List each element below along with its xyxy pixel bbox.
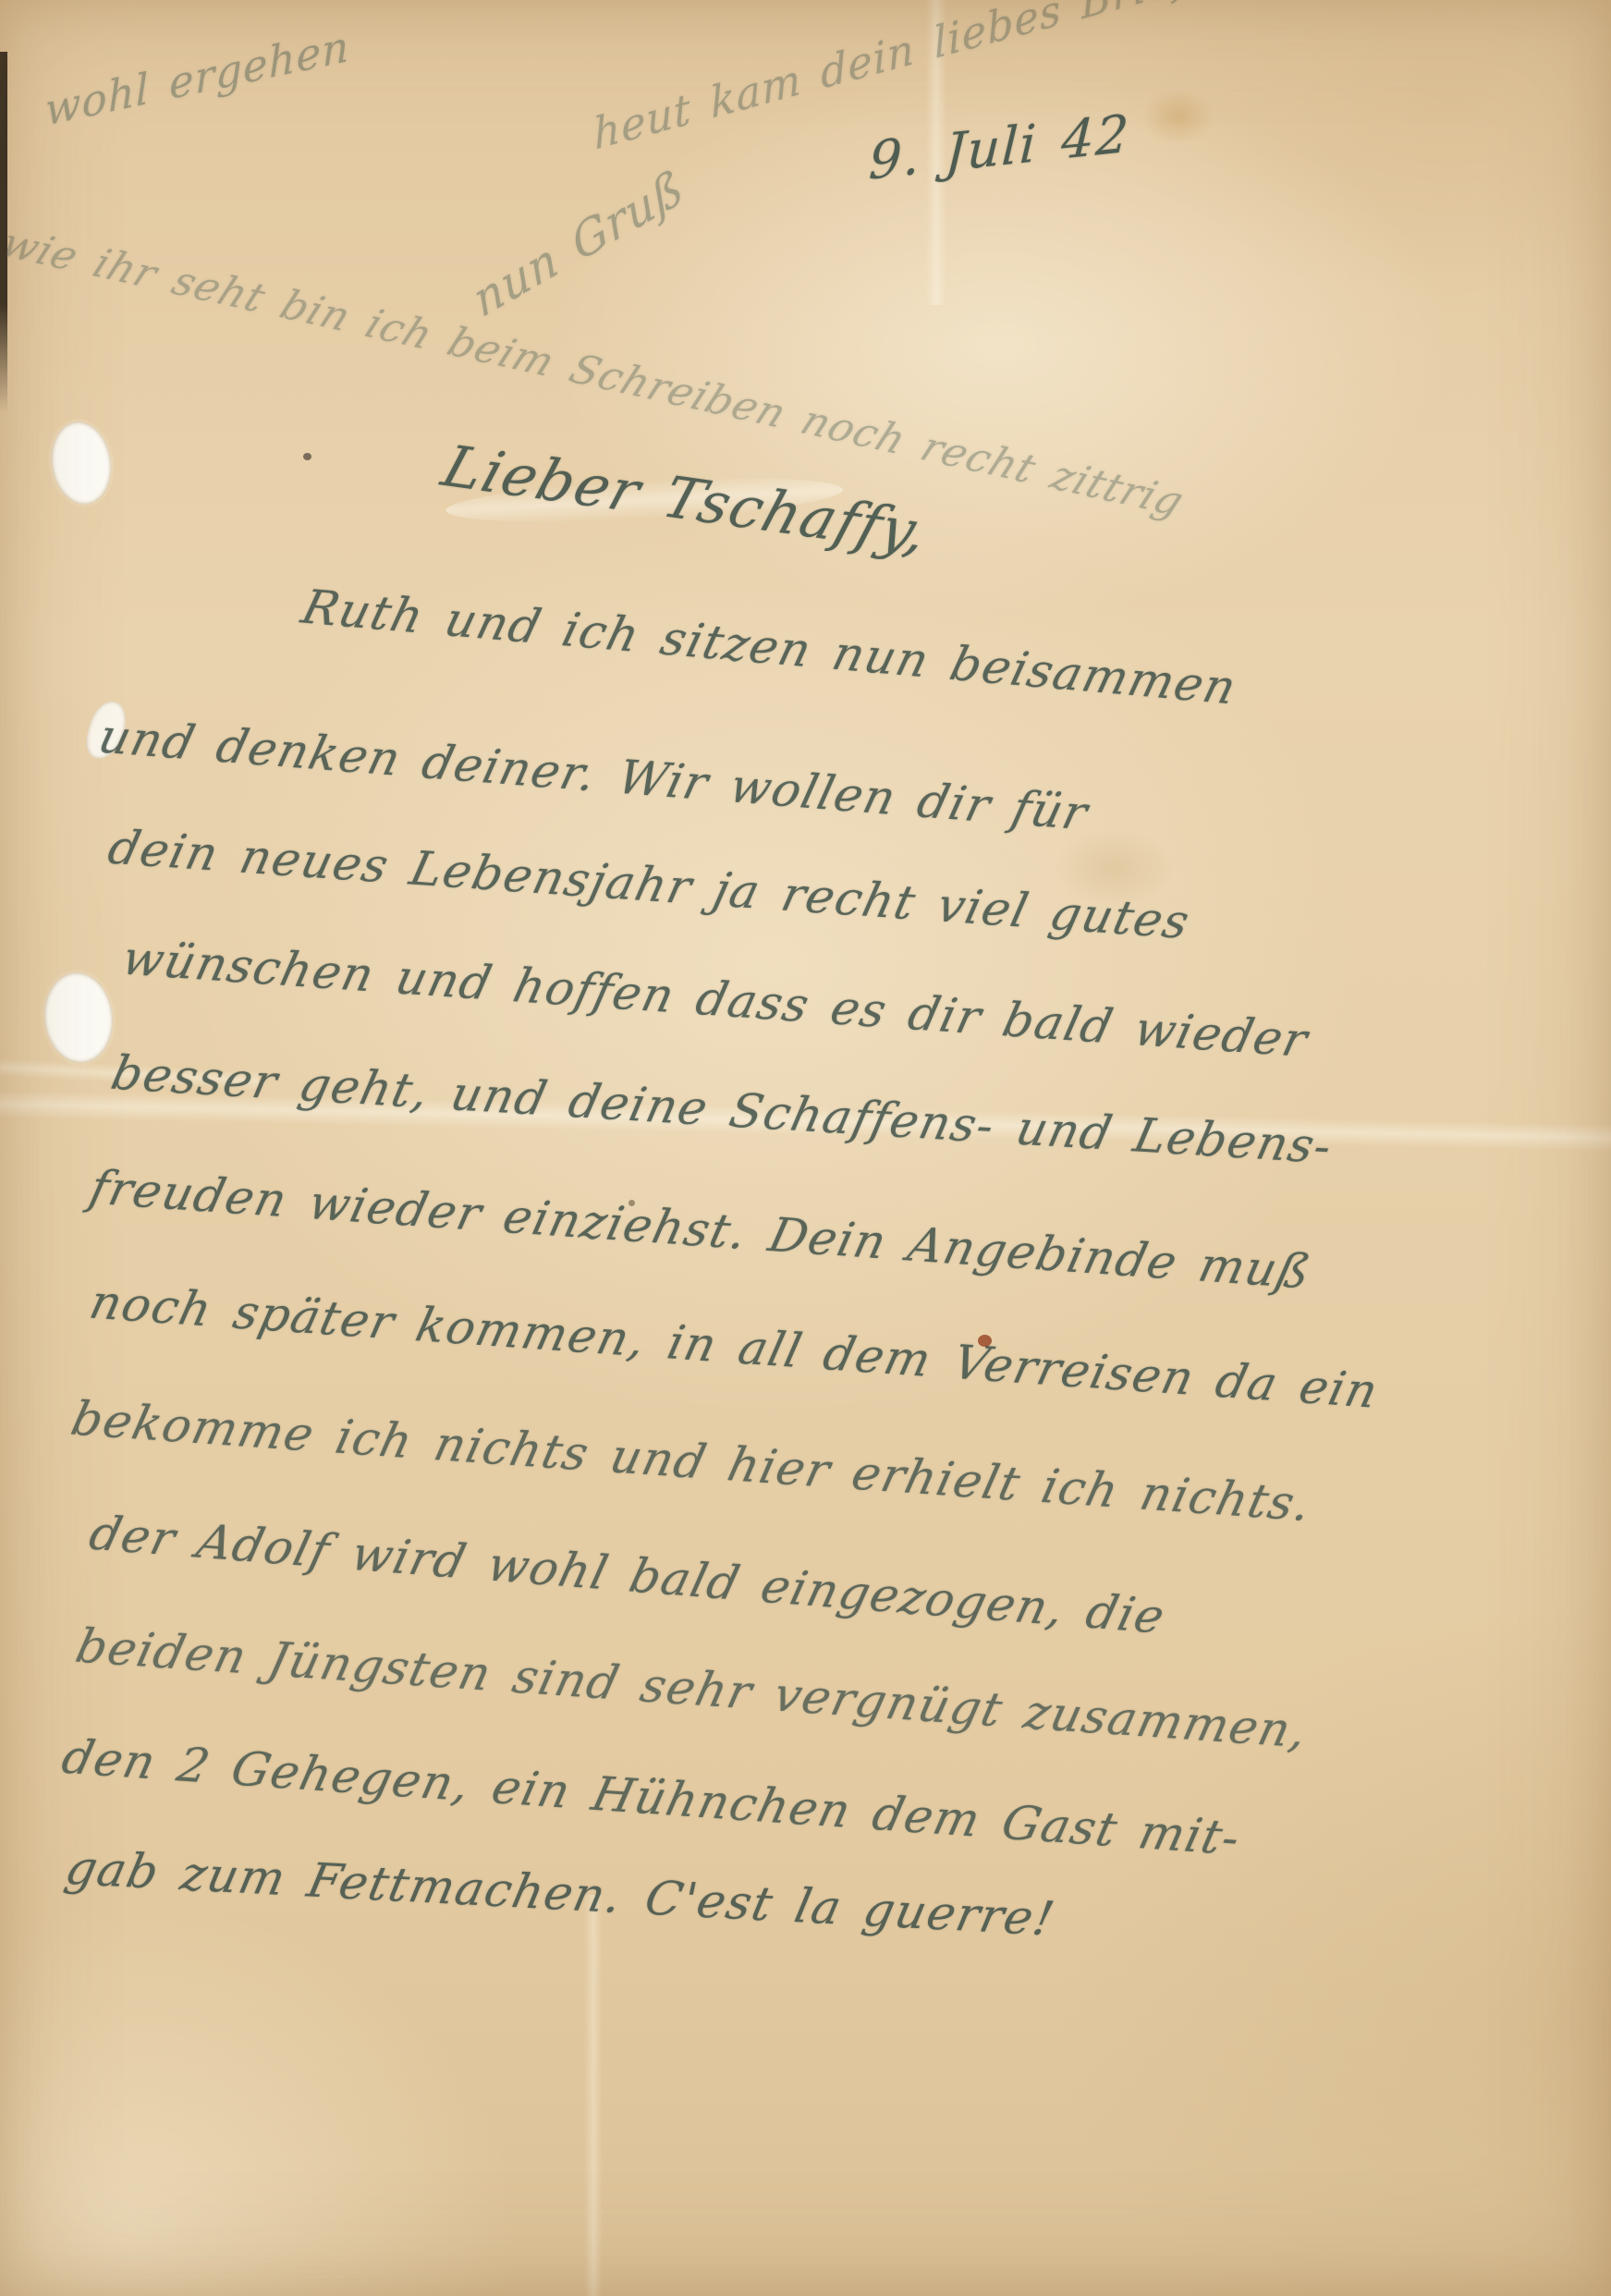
body-line: der Adolf wird wohl bald eingezogen, die [84, 1507, 1170, 1645]
marginal-note-top-left: wohl ergehen [44, 20, 350, 136]
body-line: noch später kommen, in all dem Verreisen… [85, 1276, 1385, 1420]
punch-hole-top [45, 418, 116, 509]
body-line: bekomme ich nichts und hier erhielt ich … [67, 1392, 1317, 1533]
stain [1142, 89, 1214, 144]
body-line: und denken deiner. Wir wollen dir für [93, 710, 1093, 841]
letter-page: wohl ergehen heut kam dein liebes Briefl… [0, 0, 1611, 2296]
scan-edge [0, 52, 7, 412]
fold-crease-vertical-bottom [584, 1895, 603, 2296]
marginal-note-middle: nun Gruß [467, 159, 690, 328]
body-line: den 2 Gehegen, ein Hühnchen dem Gast mit… [57, 1730, 1246, 1866]
date-line: 9. Juli 42 [868, 104, 1132, 191]
body-line: Ruth und ich sitzen nun beisammen [297, 580, 1243, 715]
closing-phrase: C'est la guerre! [641, 1872, 1060, 1948]
body-line: gab zum Fettmachen.C'est la guerre! [61, 1841, 1060, 1947]
body-line: wünschen und hoffen dass es dir bald wie… [117, 932, 1313, 1069]
paper-vignette [0, 0, 1611, 2296]
speck [303, 453, 311, 460]
body-line: freuden wieder einziehst. Dein Angebinde… [85, 1161, 1317, 1300]
body-line: besser geht, und deine Schaffens- und Le… [106, 1046, 1337, 1175]
body-line-text: gab zum Fettmachen. [61, 1841, 628, 1924]
punch-hole-bottom [40, 969, 117, 1066]
body-line: dein neues Lebensjahr ja recht viel gute… [104, 821, 1196, 950]
